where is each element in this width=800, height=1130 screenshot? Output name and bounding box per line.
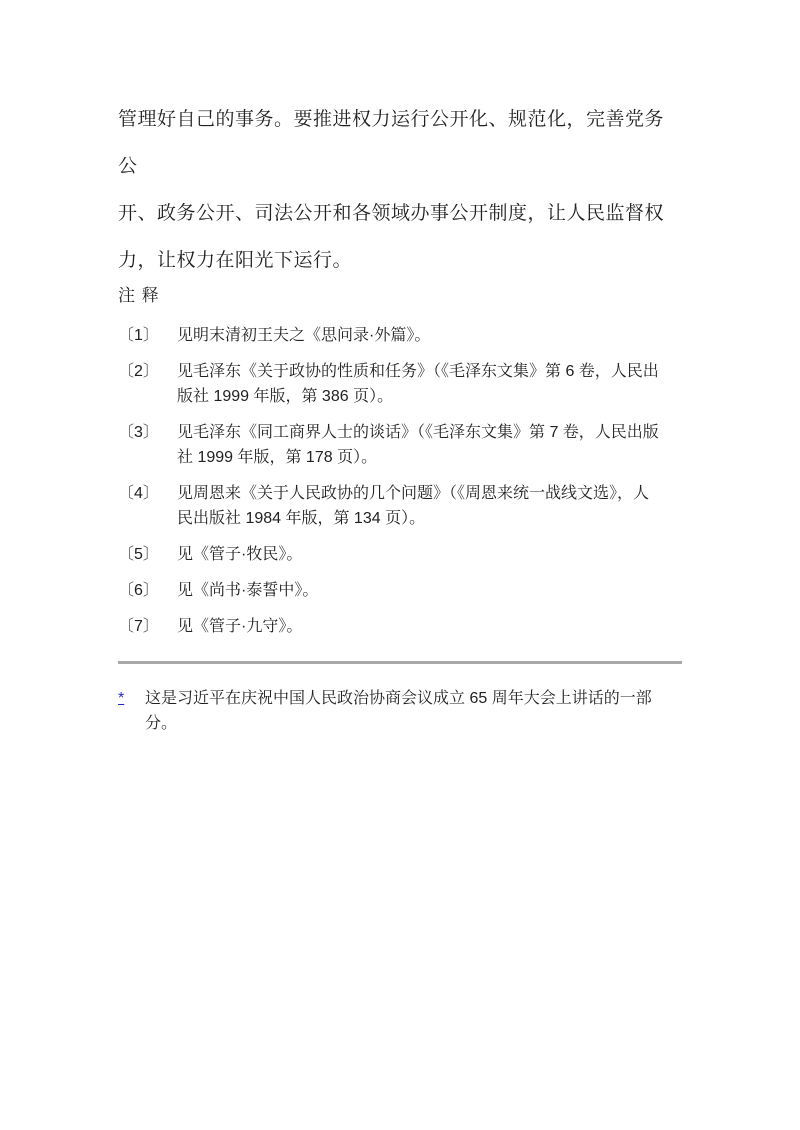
section-divider (118, 661, 682, 664)
footnote-item: 〔5〕 见《管子·牧民》。 (118, 542, 682, 567)
footnote-text: 见毛泽东《同工商界人士的谈话》（《毛泽东文集》第 7 卷，人民出版 社 1999… (177, 420, 682, 470)
source-note: * 这是习近平在庆祝中国人民政治协商会议成立 65 周年大会上讲话的一部 分。 (118, 686, 682, 736)
footnote-text: 见《管子·九守》。 (177, 614, 682, 639)
footnote-item: 〔3〕 见毛泽东《同工商界人士的谈话》（《毛泽东文集》第 7 卷，人民出版 社 … (118, 420, 682, 470)
footnote-label: 〔6〕 (118, 578, 177, 603)
footnote-item: 〔2〕 见毛泽东《关于政协的性质和任务》（《毛泽东文集》第 6 卷，人民出 版社… (118, 359, 682, 409)
asterisk-footnote-link[interactable]: * (118, 686, 145, 711)
source-note-text: 这是习近平在庆祝中国人民政治协商会议成立 65 周年大会上讲话的一部 分。 (145, 686, 682, 736)
footnote-text: 见《管子·牧民》。 (177, 542, 682, 567)
footnote-label: 〔4〕 (118, 481, 177, 506)
footnote-item: 〔1〕 见明末清初王夫之《思问录·外篇》。 (118, 323, 682, 348)
footnote-item: 〔6〕 见《尚书·泰誓中》。 (118, 578, 682, 603)
footnote-item: 〔4〕 见周恩来《关于人民政协的几个问题》（《周恩来统一战线文选》，人 民出版社… (118, 481, 682, 531)
footnote-list: 〔1〕 见明末清初王夫之《思问录·外篇》。 〔2〕 见毛泽东《关于政协的性质和任… (118, 323, 682, 639)
document-page: 管理好自己的事务。要推进权力运行公开化、规范化，完善党务公 开、政务公开、司法公… (0, 0, 800, 1130)
footnote-label: 〔5〕 (118, 542, 177, 567)
body-paragraph: 管理好自己的事务。要推进权力运行公开化、规范化，完善党务公 开、政务公开、司法公… (118, 96, 682, 284)
notes-heading: 注 释 (118, 284, 682, 308)
footnote-text: 见《尚书·泰誓中》。 (177, 578, 682, 603)
footnote-text: 见周恩来《关于人民政协的几个问题》（《周恩来统一战线文选》，人 民出版社 198… (177, 481, 682, 531)
footnote-item: 〔7〕 见《管子·九守》。 (118, 614, 682, 639)
footnote-label: 〔7〕 (118, 614, 177, 639)
footnote-label: 〔3〕 (118, 420, 177, 445)
footnote-text: 见明末清初王夫之《思问录·外篇》。 (177, 323, 682, 348)
footnote-text: 见毛泽东《关于政协的性质和任务》（《毛泽东文集》第 6 卷，人民出 版社 199… (177, 359, 682, 409)
footnote-label: 〔1〕 (118, 323, 177, 348)
footnote-label: 〔2〕 (118, 359, 177, 384)
